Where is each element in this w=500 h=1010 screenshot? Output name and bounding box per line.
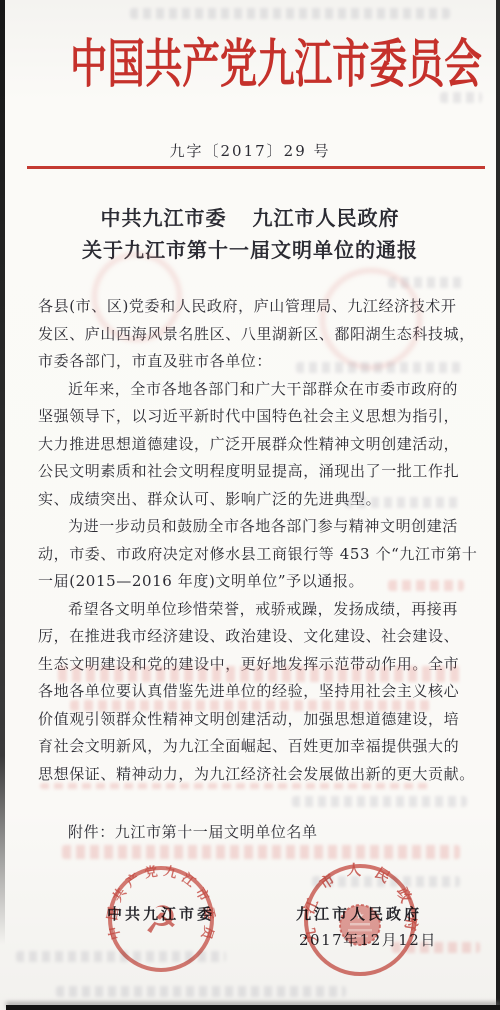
title-issuer-government: 九江市人民政府 xyxy=(253,206,400,230)
national-emblem-icon: ★ xyxy=(340,905,380,945)
party-committee-seal: 中国共产党九江市委员会 ☭ xyxy=(105,863,217,975)
attachment-line: 附件：九江市第十一届文明单位名单 xyxy=(38,821,468,842)
bleedthrough-smudge xyxy=(58,666,462,682)
scan-edge-right xyxy=(496,0,500,1010)
scan-edge-bottom xyxy=(6,1005,500,1010)
text-line: 大力推进思想道德建设，广泛开展群众性精神文明创建活动， xyxy=(38,431,468,459)
text-line: 公民文明素质和社会文明程度明显提高，涌现出了一批工作扎 xyxy=(38,458,468,486)
bleedthrough-smudge xyxy=(62,845,460,859)
issuer-letterhead: 中国共产党九江市委员会 xyxy=(70,28,430,102)
bleedthrough-smudge xyxy=(40,783,432,789)
bleedthrough-seal-ring xyxy=(92,252,182,342)
bleedthrough-smudge xyxy=(292,796,467,807)
hammer-sickle-icon: ☭ xyxy=(144,898,178,942)
text-line: 近年来，全市各地各部门和广大干部群众在市委市政府的 xyxy=(38,376,468,404)
emblem-star: ★ xyxy=(356,911,365,922)
document-title-line1: 中共九江市委九江市人民政府 xyxy=(0,202,500,231)
text-line: 厉，在推进我市经济建设、政治建设、文化建设、社会建设、 xyxy=(38,623,468,651)
scanned-document-page: 中国共产党九江市委员会 九字〔2017〕29 号 中共九江市委九江市人民政府 关… xyxy=(0,0,500,1010)
title-issuer-party: 中共九江市委 xyxy=(101,206,227,230)
bleedthrough-smudge xyxy=(56,986,346,997)
scan-edge-left xyxy=(0,0,5,945)
document-number: 九字〔2017〕29 号 xyxy=(0,140,500,161)
text-line: 育社会文明新风，为九江全面崛起、百姓更加幸福提供强大的 xyxy=(38,733,468,761)
document-title-line2: 关于九江市第十一届文明单位的通报 xyxy=(0,234,500,263)
government-seal: 九江市人民政府 ★ xyxy=(301,861,419,979)
text-line: 为进一步动员和鼓励全市各地各部门参与精神文明创建活 xyxy=(38,513,468,541)
text-line: 动，市委、市政府决定对修水县工商银行等 453 个“九江市第十 xyxy=(38,541,468,569)
body-paragraph-3: 希望各文明单位珍惜荣誉，戒骄戒躁，发扬成绩，再接再厉，在推进我市经济建设、政治建… xyxy=(38,596,468,789)
letterhead-rule xyxy=(27,166,485,169)
bleedthrough-smudge xyxy=(70,700,430,711)
bleedthrough-smudge xyxy=(296,362,461,373)
bleedthrough-seal-ring xyxy=(320,268,422,370)
bleedthrough-smudge xyxy=(440,92,482,103)
text-line: 希望各文明单位珍惜荣誉，戒骄戒躁，发扬成绩，再接再 xyxy=(38,596,468,624)
bleedthrough-smudge xyxy=(345,497,460,508)
text-line: 坚强领导下，以习近平新时代中国特色社会主义思想为指引， xyxy=(38,403,468,431)
body-paragraph-1: 近年来，全市各地各部门和广大干部群众在市委市政府的坚强领导下，以习近平新时代中国… xyxy=(38,376,468,514)
bleedthrough-smudge xyxy=(130,8,450,19)
bleedthrough-smudge xyxy=(388,580,464,591)
